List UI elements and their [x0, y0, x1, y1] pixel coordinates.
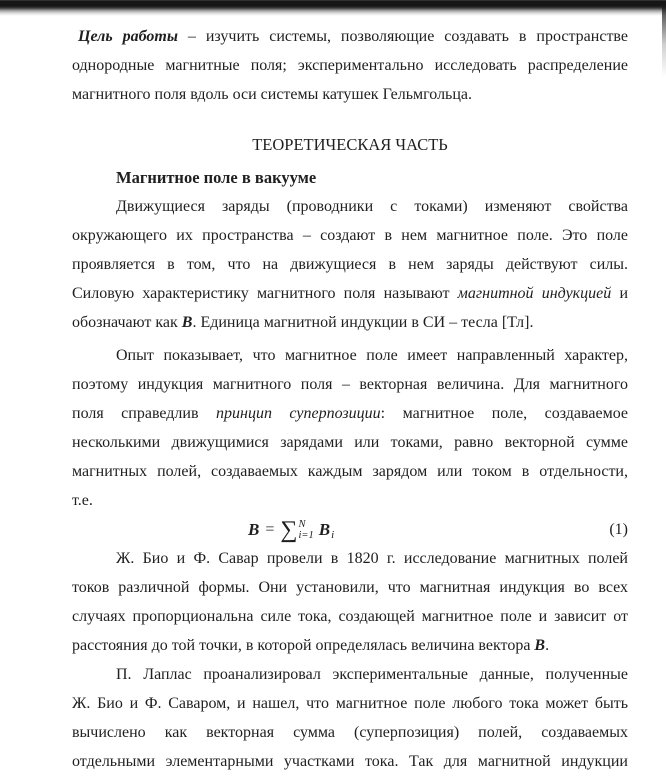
- paragraph-superposition: Опыт показывает, что магнитное поле имее…: [72, 341, 628, 515]
- text-run: магнитного поля вдоль оси системы катуше…: [72, 86, 472, 103]
- text-line: проявляется в том, что на движущиеся в н…: [72, 250, 628, 279]
- text-run: расстояния до той точки, в которой опред…: [72, 637, 534, 654]
- text-line: П. Лаплас проанализировал эксперименталь…: [72, 660, 628, 689]
- text-run: .: [545, 637, 549, 654]
- text-run: магнитных полей, создаваемых каждым заря…: [72, 463, 628, 480]
- text-line: поэтому индукция магнитного поля – векто…: [72, 370, 628, 399]
- page-right-edge-shadow: [662, 5, 666, 77]
- text-line: Цель работы – изучить системы, позволяющ…: [72, 22, 628, 51]
- text-run: B: [534, 637, 545, 654]
- equation-formula: B=∑Ni=1Bi: [248, 515, 334, 544]
- text-run: окружающего их пространства – создают в …: [72, 227, 628, 244]
- paragraph-biot-savart: Ж. Био и Ф. Савар провели в 1820 г. иссл…: [72, 544, 628, 660]
- paragraph-laplace: П. Лаплас проанализировал эксперименталь…: [72, 660, 628, 776]
- text-line: обозначают как B. Единица магнитной инду…: [72, 308, 628, 337]
- text-run: отдельными элементарными участками тока.…: [72, 753, 628, 770]
- text-run: и: [611, 285, 628, 302]
- text-run: принцип суперпозиции: [216, 405, 381, 422]
- sum-limits: Ni=1: [298, 520, 313, 541]
- page-top-edge-shadow: [0, 0, 666, 16]
- goal-paragraph: Цель работы – изучить системы, позволяющ…: [72, 22, 628, 109]
- sum-upper-limit: N: [298, 520, 313, 530]
- text-run: магнитной индукцией: [458, 285, 612, 302]
- text-line: Движущиеся заряды (проводники с токами) …: [72, 192, 628, 221]
- text-line: отдельными элементарными участками тока.…: [72, 747, 628, 776]
- index-subscript: i: [331, 529, 334, 541]
- text-line: окружающего их пространства – создают в …: [72, 221, 628, 250]
- text-run: Движущиеся заряды (проводники с токами) …: [116, 198, 628, 215]
- text-run: Опыт показывает, что магнитное поле имее…: [116, 347, 628, 364]
- text-line: Силовую характеристику магнитного поля н…: [72, 279, 628, 308]
- text-line: вычислено как векторная сумма (суперпози…: [72, 718, 628, 747]
- text-run: Силовую характеристику магнитного поля н…: [72, 285, 458, 302]
- text-line: Ж. Био и Ф. Саваром, и нашел, что магнит…: [72, 689, 628, 718]
- equation-1: B=∑Ni=1Bi(1): [72, 515, 628, 544]
- sum-symbol: ∑: [280, 518, 297, 542]
- vector-b-symbol: B: [319, 520, 330, 540]
- sum-lower-limit: i=1: [298, 531, 313, 541]
- text-run: вычислено как векторная сумма (суперпози…: [72, 724, 628, 741]
- text-run: П. Лаплас проанализировал эксперименталь…: [116, 666, 628, 683]
- text-line: магнитного поля вдоль оси системы катуше…: [72, 80, 628, 109]
- text-line: Ж. Био и Ф. Савар провели в 1820 г. иссл…: [72, 544, 628, 573]
- text-run: Цель работы: [78, 28, 178, 45]
- text-run: т.е.: [72, 492, 93, 509]
- text-run: B: [182, 314, 193, 331]
- equals-sign: =: [265, 521, 274, 539]
- section-heading-theory: ТЕОРЕТИЧЕСКАЯ ЧАСТЬ: [72, 130, 628, 159]
- text-run: обозначают как: [72, 314, 182, 331]
- text-run: : магнитное поле, создаваемое: [381, 405, 628, 422]
- text-line: несколькими движущимися зарядами или ток…: [72, 428, 628, 457]
- text-run: случаях пропорциональна силе тока, созда…: [72, 608, 628, 625]
- text-run: проявляется в том, что на движущиеся в н…: [72, 256, 628, 273]
- vector-b-symbol: B: [248, 520, 259, 540]
- text-line: поля справедлив принцип суперпозиции: ма…: [72, 399, 628, 428]
- text-run: поля справедлив: [72, 405, 216, 422]
- document-content: Цель работы – изучить системы, позволяющ…: [72, 22, 628, 776]
- text-run: . Единица магнитной индукции в СИ – тесл…: [192, 314, 533, 331]
- text-run: поэтому индукция магнитного поля – векто…: [72, 376, 628, 393]
- text-line: т.е.: [72, 486, 628, 515]
- text-line: расстояния до той точки, в которой опред…: [72, 631, 628, 660]
- text-run: – изучить системы, позволяющие создавать…: [178, 28, 628, 45]
- text-line: однородные магнитные поля; экспериментал…: [72, 51, 628, 80]
- document-page: Цель работы – изучить системы, позволяющ…: [0, 0, 666, 777]
- text-run: Ж. Био и Ф. Савар провели в 1820 г. иссл…: [116, 550, 628, 567]
- paragraph-magnetic-field-intro: Движущиеся заряды (проводники с токами) …: [72, 192, 628, 337]
- text-line: магнитных полей, создаваемых каждым заря…: [72, 457, 628, 486]
- text-run: Ж. Био и Ф. Саваром, и нашел, что магнит…: [72, 695, 628, 712]
- text-run: однородные магнитные поля; экспериментал…: [72, 57, 628, 74]
- text-run: несколькими движущимися зарядами или ток…: [72, 434, 628, 451]
- subsection-heading-vacuum: Магнитное поле в вакууме: [72, 163, 628, 192]
- equation-number: (1): [609, 515, 628, 544]
- text-line: токов различной формы. Они установили, ч…: [72, 573, 628, 602]
- text-line: случаях пропорциональна силе тока, созда…: [72, 602, 628, 631]
- text-line: Опыт показывает, что магнитное поле имее…: [72, 341, 628, 370]
- text-run: токов различной формы. Они установили, ч…: [72, 579, 628, 596]
